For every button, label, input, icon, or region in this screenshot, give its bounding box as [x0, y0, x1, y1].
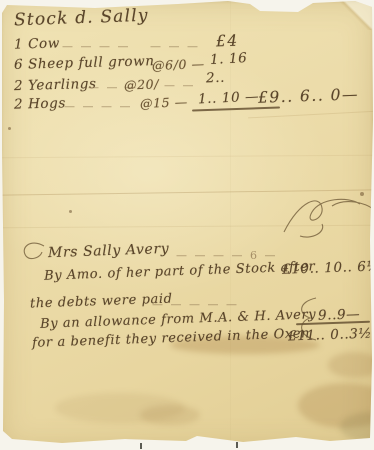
- crease-diagonal: [248, 111, 374, 119]
- stock-row-amount: 1.. 10 —: [198, 89, 260, 108]
- scan-mark: [140, 443, 142, 449]
- fold-line-horizontal: [0, 155, 374, 159]
- stock-row-item: 2 Hogs: [14, 95, 66, 112]
- leader-dashes: — —: [164, 79, 196, 92]
- manuscript-paper: Stock d. Sally 1 Cow — — — — — — — £4 6 …: [0, 0, 374, 450]
- stock-row-item: 6 Sheep full grown: [14, 53, 155, 73]
- stock-row-rate: @20/: [124, 76, 160, 92]
- stock-row-item: 2 Yearlings: [14, 76, 97, 94]
- stock-row-item: 1 Cow: [14, 35, 60, 52]
- stock-row-rate: @15 —: [140, 94, 188, 111]
- scan-mark: [236, 442, 238, 448]
- stock-row-amount: £4: [216, 32, 239, 51]
- stain: [298, 383, 374, 428]
- ink-loop: [20, 240, 46, 262]
- settlement-entry-amount: £10.. 10.. 6½: [282, 258, 374, 277]
- leader-dashes: — — — —: [62, 40, 131, 53]
- pen-flourish: [282, 192, 374, 242]
- settlement-entry-text: By Amo. of her part of the Stock after: [44, 259, 316, 283]
- settlement-total-amount: £11.. 0..3½: [288, 326, 373, 345]
- stain: [328, 352, 374, 378]
- stock-row-amount: 1. 16: [210, 50, 248, 68]
- ink-speck: [69, 210, 72, 213]
- folded-corner: [338, 0, 374, 30]
- sum-underline: [192, 106, 280, 111]
- fold-line-vertical: [230, 0, 231, 450]
- account-title: Stock d. Sally: [14, 6, 149, 31]
- stock-row-amount: 2..: [206, 70, 226, 87]
- leader-dashes: — — — — —: [152, 298, 239, 311]
- stain: [55, 393, 185, 423]
- leader-dashes: — — —: [150, 40, 200, 53]
- leader-dashes: — — — — 6 —: [176, 249, 277, 262]
- payee-name: Mrs Sally Avery: [48, 241, 170, 261]
- stock-row-rate: @6/0 —: [152, 56, 205, 73]
- stain: [140, 405, 200, 425]
- stock-total: £9.. 6.. 0—: [258, 85, 360, 107]
- stain: [340, 412, 374, 442]
- leader-dashes: — — — —: [64, 100, 133, 113]
- ink-speck: [8, 127, 11, 130]
